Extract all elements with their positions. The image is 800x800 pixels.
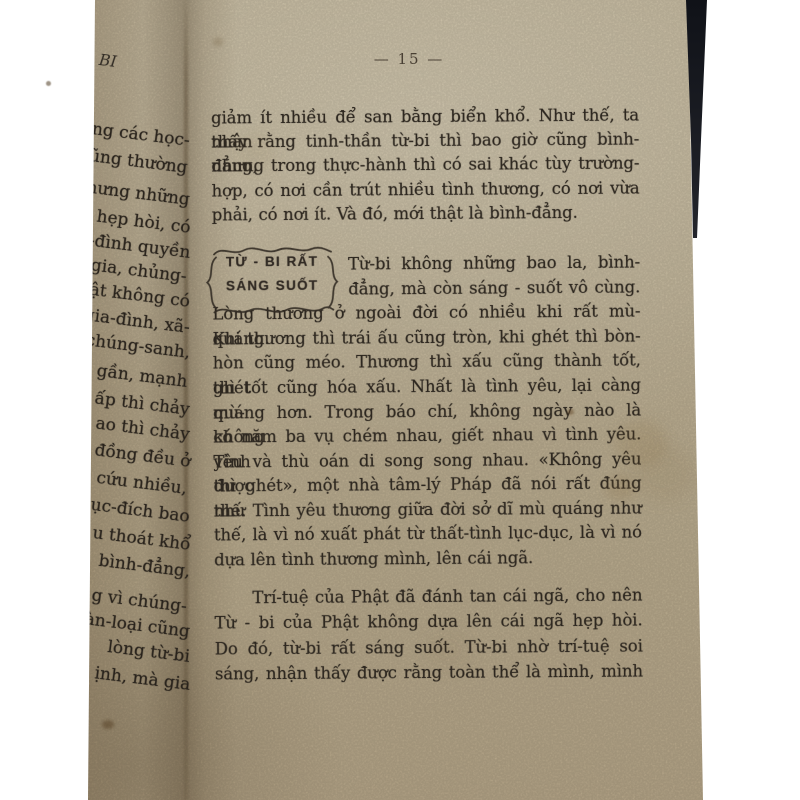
label-line-2: SÁNG SUỐT — [202, 278, 342, 294]
main-text-block: giảm ít nhiều để san bằng biển khổ. Như … — [211, 104, 643, 688]
text-line: phải, có nơi ít. Và đó, mới thật là bình… — [212, 200, 640, 227]
text-line: thế. Tình yêu thương giữa đời sở dĩ mù q… — [214, 496, 642, 524]
label-line-1: TỪ - BI RẤT — [202, 254, 342, 270]
left-page-text-fragment: đồng đều ở — [93, 440, 191, 472]
paragraph: giảm ít nhiều để san bằng biển khổ. Như … — [211, 104, 640, 228]
text-line: sáng, nhận thấy được rằng toàn thể là mì… — [215, 659, 643, 687]
left-page-text-fragment: lòng từ-bi — [107, 637, 192, 667]
left-page-text-fragment: Nhưng những — [71, 176, 191, 210]
left-page-text-fragment: u thoát khổ — [91, 523, 191, 555]
text-line: nhưng trong thực-hành thì có sai khác tù… — [211, 152, 639, 179]
left-page-text-fragment: bình-đẳng, — [97, 551, 191, 582]
text-line: giảm ít nhiều để san bằng biển khổ. Như … — [211, 104, 639, 131]
text-line: đẳng, mà còn sáng - suốt vô cùng. — [348, 275, 640, 302]
book-photo: { "page_number_label": "— 15 —", "runnin… — [0, 0, 800, 800]
paragraph: Trí-tuệ của Phật đã đánh tan cái ngã, ch… — [214, 582, 643, 687]
text-line: hợp, có nơi cần trút nhiều tình thương, … — [211, 176, 639, 203]
left-page-edge: BI rong các học-c cũng thườngNhưng những… — [85, 0, 193, 800]
left-page-text-fragment: ục-đích bao — [90, 495, 191, 527]
text-line: Khi thương thì trái ấu cũng tròn, khi gh… — [213, 324, 641, 352]
left-page-text-fragment: rong các học- — [73, 117, 191, 151]
text-line: quáng hơn. Trong báo chí, không ngày nào… — [213, 398, 641, 426]
dust-speck — [46, 81, 51, 86]
text-line: Do đó, từ-bi rất sáng suốt. Từ-bi nhờ tr… — [215, 633, 643, 661]
text-line: thì tốt cũng hóa xấu. Nhất là tình yêu, … — [213, 373, 641, 401]
left-page-text-fragment: ịnh, mà gia — [93, 663, 191, 695]
page-number: — 15 — — [195, 50, 623, 68]
left-page-text-fragment: c cứu nhiều, — [81, 466, 189, 499]
text-line: hòn cũng méo. Thương thì xấu cũng thành … — [213, 349, 641, 377]
text-line: Trí-tuệ của Phật đã đánh tan cái ngã, ch… — [214, 582, 642, 610]
text-line: thế, là vì nó xuất phát từ thất-tình lục… — [214, 521, 642, 549]
text-line: yêu và thù oán di song song nhau. «Không… — [213, 447, 641, 475]
text-line: có năm ba vụ chém nhau, giết nhau vì tìn… — [213, 423, 641, 451]
left-page-text-fragment: xa gần, mạnh — [70, 358, 188, 392]
running-header-fragment: BI — [98, 51, 118, 71]
paragraph: TỪ - BI RẤT SÁNG SUỐT Từ-bi không những … — [212, 250, 642, 573]
text-line: thấy rằng tinh-thần từ-bi thì bao giờ cũ… — [211, 128, 639, 155]
book-page: BI rong các học-c cũng thườngNhưng những… — [85, 0, 703, 800]
text-line: Từ-bi không những bao la, bình- — [348, 250, 640, 277]
paper-stain — [213, 38, 223, 46]
text-line: dựa lên tình thương mình, lên cái ngã. — [214, 546, 642, 574]
text-line: thì ghét», một nhà tâm-lý Pháp đã nói rấ… — [214, 472, 642, 500]
ornamental-label-box: TỪ - BI RẤT SÁNG SUỐT — [202, 240, 343, 327]
paper-stain — [633, 445, 695, 501]
text-line: Từ - bi của Phật không dựa lên cái ngã h… — [214, 608, 642, 636]
